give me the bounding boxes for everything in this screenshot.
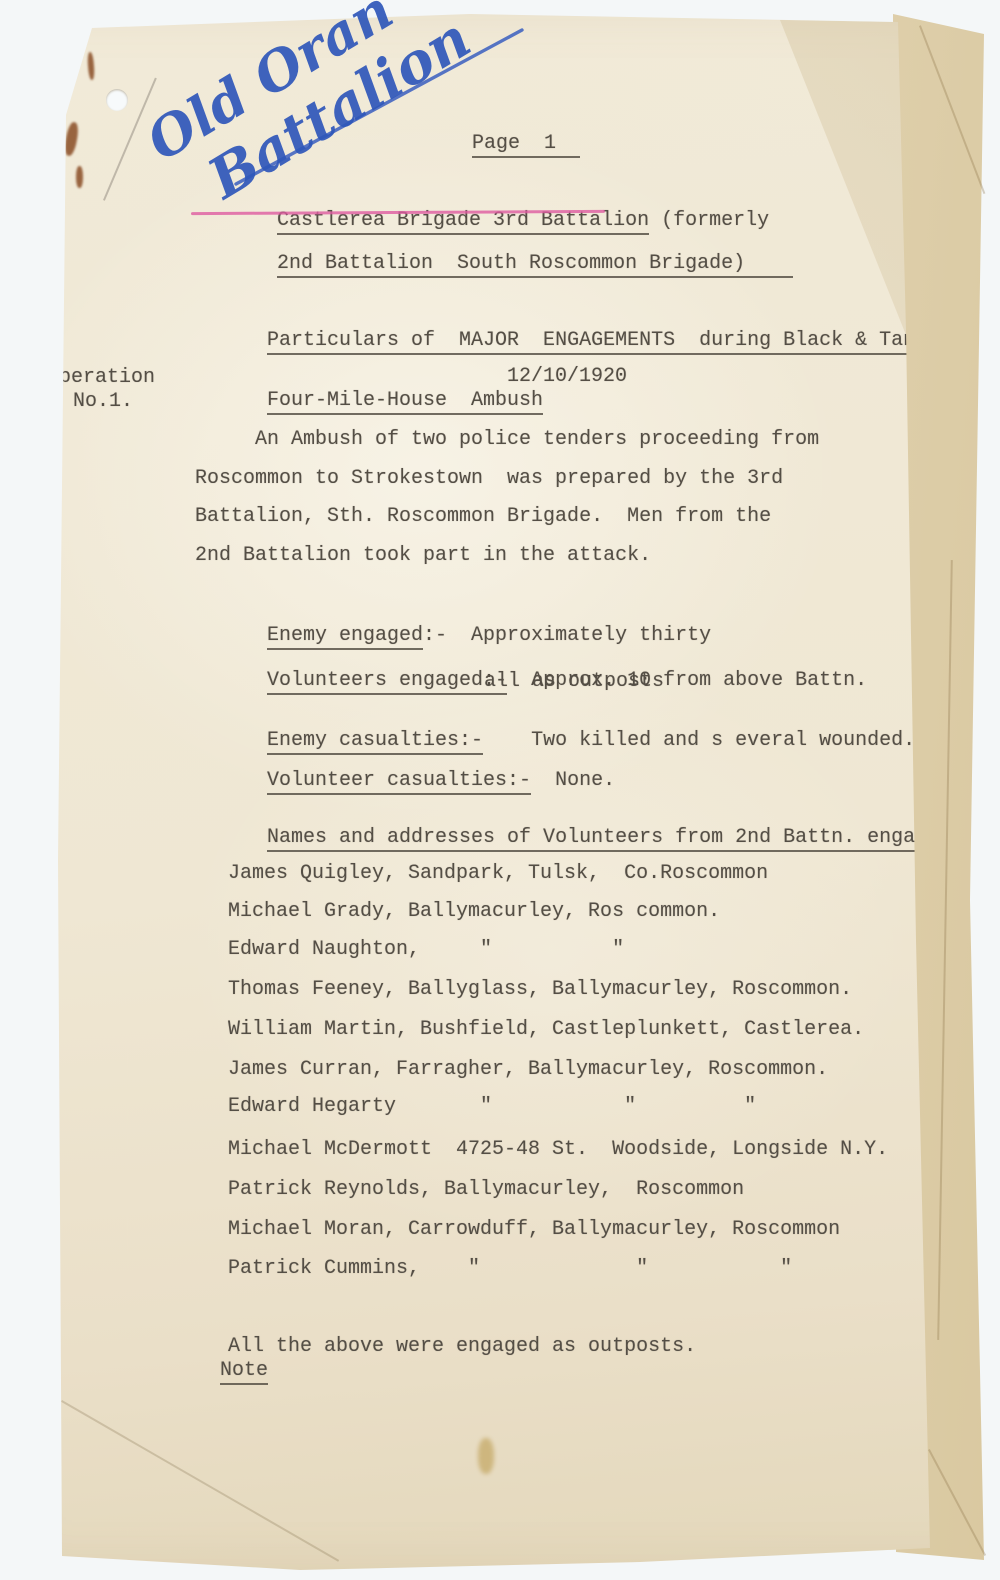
volunteer-row: James Curran, Farragher, Ballymacurley, … <box>228 1058 828 1082</box>
operation-label-line-2: No.1. <box>73 390 133 414</box>
names-heading-text: Names and addresses of Volunteers from 2… <box>267 826 963 852</box>
rust-stain <box>63 18 78 77</box>
punch-hole <box>106 89 128 111</box>
volunteer-row: Edward Naughton, " " <box>228 938 624 962</box>
title-line-2-text: 2nd Battalion South Roscommon Brigade) <box>277 252 793 278</box>
paper-stain <box>478 1438 494 1474</box>
paragraph-line: 2nd Battalion took part in the attack. <box>195 544 651 568</box>
rust-stain <box>87 52 95 80</box>
page-number: Page 1 <box>400 108 580 180</box>
rust-stain <box>76 166 83 188</box>
crease-bottom-left <box>61 1400 339 1562</box>
scanned-document: Page 1 Castlerea Brigade 3rd Battalion (… <box>0 0 1000 1580</box>
stat-label: Volunteers engaged:- <box>267 669 507 695</box>
paragraph-line: Battalion, Sth. Roscommon Brigade. Men f… <box>195 505 771 529</box>
page-number-text: Page 1 <box>472 132 580 158</box>
note-label-text: Note <box>220 1359 268 1385</box>
rust-stain <box>63 121 80 156</box>
operation-label-line-1: Operation <box>47 366 155 390</box>
volunteer-row: Thomas Feeney, Ballyglass, Ballymacurley… <box>228 978 852 1002</box>
engagement-name: Four-Mile-House Ambush <box>195 365 543 437</box>
document-page: Page 1 Castlerea Brigade 3rd Battalion (… <box>0 0 1000 1580</box>
engagement-date: 12/10/1920 <box>507 365 627 389</box>
volunteer-row: James Quigley, Sandpark, Tulsk, Co.Rosco… <box>228 862 768 886</box>
stat-value: None. <box>531 769 615 792</box>
volunteer-row: Patrick Reynolds, Ballymacurley, Roscomm… <box>228 1178 744 1202</box>
note-text: All the above were engaged as outposts. <box>228 1335 696 1359</box>
stat-value-continuation: all as outposts <box>484 670 664 694</box>
section-heading-text: Particulars of MAJOR ENGAGEMENTS during … <box>267 329 963 355</box>
volunteer-row: Michael Grady, Ballymacurley, Ros common… <box>228 900 720 924</box>
volunteer-row: Michael Moran, Carrowduff, Ballymacurley… <box>228 1218 840 1242</box>
paragraph-line: Roscommon to Strokestown was prepared by… <box>195 467 783 491</box>
engagement-name-text: Four-Mile-House Ambush <box>267 389 543 415</box>
paragraph-line: An Ambush of two police tenders proceedi… <box>195 428 819 452</box>
volunteer-row: Patrick Cummins, " " " <box>228 1257 792 1281</box>
stat-label: Volunteer casualties:- <box>267 769 531 795</box>
volunteer-row: Michael McDermott 4725-48 St. Woodside, … <box>228 1138 888 1162</box>
document-title-line-2: 2nd Battalion South Roscommon Brigade) <box>205 228 793 300</box>
stat-value: :- Approximately thirty <box>423 624 711 647</box>
volunteer-row: William Martin, Bushfield, Castleplunket… <box>228 1018 864 1042</box>
volunteer-row: Edward Hegarty " " " <box>228 1095 756 1119</box>
